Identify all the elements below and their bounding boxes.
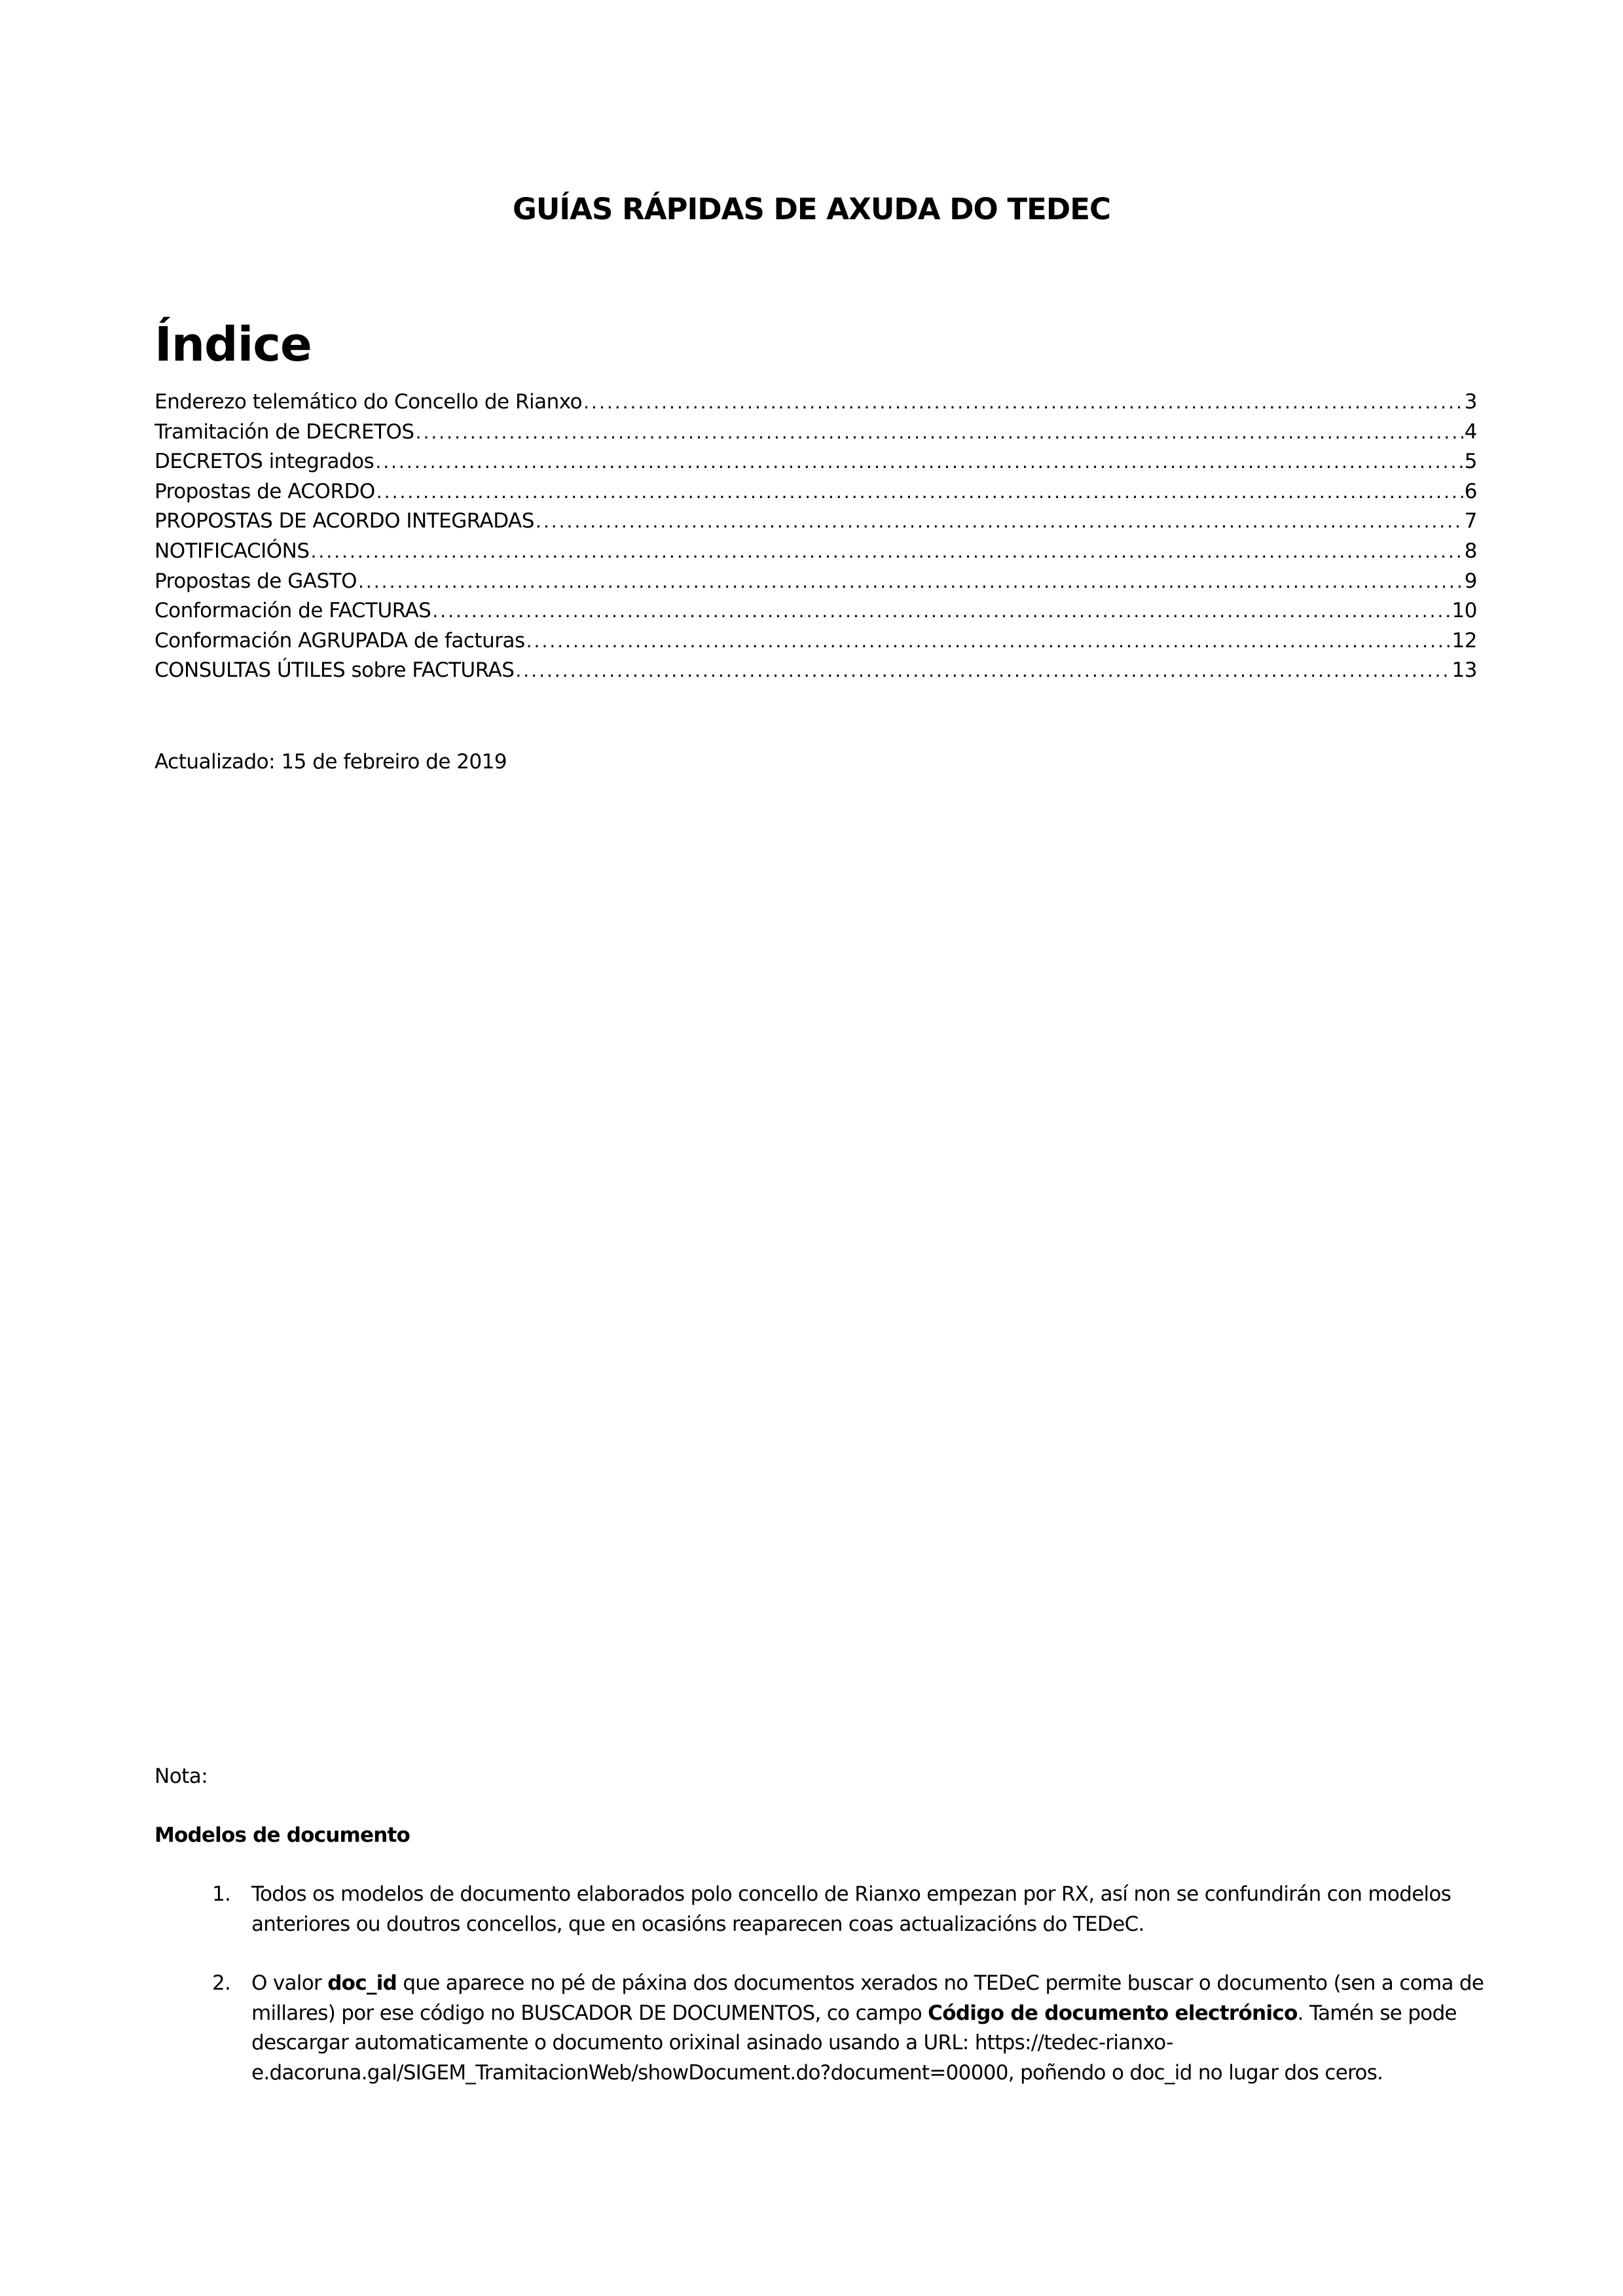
toc-entry[interactable]: PROPOSTAS DE ACORDO INTEGRADAS 7 [155,507,1477,537]
toc-dot-leader [432,596,1450,626]
toc-entry-page: 7 [1465,507,1477,537]
toc-entry[interactable]: CONSULTAS ÚTILES sobre FACTURAS 13 [155,656,1477,686]
toc-entry-label: CONSULTAS ÚTILES sobre FACTURAS [155,656,514,686]
index-heading: Índice [155,313,312,376]
note-item: 1. Todos os modelos de documento elabora… [155,1880,1490,1939]
toc-dot-leader [375,447,1463,477]
note-text: O valor [251,1971,327,1995]
toc-dot-leader [311,537,1463,567]
toc-entry-label: Propostas de GASTO [155,567,357,597]
note-item: 2. O valor doc_id que aparece no pé de p… [155,1969,1490,2088]
toc-entry[interactable]: DECRETOS integrados 5 [155,447,1477,477]
toc-entry-label: Conformación AGRUPADA de facturas [155,626,525,656]
toc-entry-label: DECRETOS integrados [155,447,374,477]
note-text: Todos os modelos de documento elaborados… [251,1882,1451,1936]
note-number: 1. [212,1880,230,1910]
toc-dot-leader [358,567,1463,597]
toc-entry-label: Tramitación de DECRETOS [155,418,414,448]
field-name-term: Código de documento electrónico [928,2001,1298,2025]
table-of-contents: Enderezo telemático do Concello de Rianx… [155,387,1477,686]
toc-entry-label: Propostas de ACORDO [155,477,375,507]
toc-dot-leader [583,387,1463,418]
toc-dot-leader [526,626,1451,656]
toc-entry[interactable]: Propostas de GASTO 9 [155,567,1477,597]
toc-entry[interactable]: Conformación de FACTURAS 10 [155,596,1477,626]
doc-id-term: doc_id [327,1971,397,1995]
toc-entry-page: 6 [1465,477,1477,507]
toc-entry-label: NOTIFICACIÓNS [155,537,310,567]
toc-entry-page: 4 [1465,418,1477,448]
note-label: Nota: [155,1762,208,1791]
note-number: 2. [212,1969,230,1999]
toc-entry-page: 3 [1465,387,1477,418]
toc-entry-page: 13 [1452,656,1477,686]
toc-dot-leader [536,507,1463,537]
toc-entry-page: 9 [1465,567,1477,597]
toc-entry-page: 12 [1452,626,1477,656]
notes-list: 1. Todos os modelos de documento elabora… [155,1880,1490,2117]
toc-entry[interactable]: Tramitación de DECRETOS 4 [155,418,1477,448]
toc-entry-page: 8 [1465,537,1477,567]
toc-entry-label: Conformación de FACTURAS [155,596,431,626]
toc-entry-page: 5 [1465,447,1477,477]
toc-entry[interactable]: Enderezo telemático do Concello de Rianx… [155,387,1477,418]
document-title: GUÍAS RÁPIDAS DE AXUDA DO TEDEC [0,190,1623,229]
toc-entry-page: 10 [1452,596,1477,626]
note-heading: Modelos de documento [155,1821,410,1850]
toc-entry-label: Enderezo telemático do Concello de Rianx… [155,387,582,418]
toc-entry[interactable]: Propostas de ACORDO 6 [155,477,1477,507]
updated-date: Actualizado: 15 de febreiro de 2019 [155,747,507,776]
toc-entry[interactable]: NOTIFICACIÓNS 8 [155,537,1477,567]
toc-entry[interactable]: Conformación AGRUPADA de facturas 12 [155,626,1477,656]
toc-dot-leader [515,656,1450,686]
toc-dot-leader [376,477,1463,507]
toc-dot-leader [416,418,1463,448]
toc-entry-label: PROPOSTAS DE ACORDO INTEGRADAS [155,507,534,537]
